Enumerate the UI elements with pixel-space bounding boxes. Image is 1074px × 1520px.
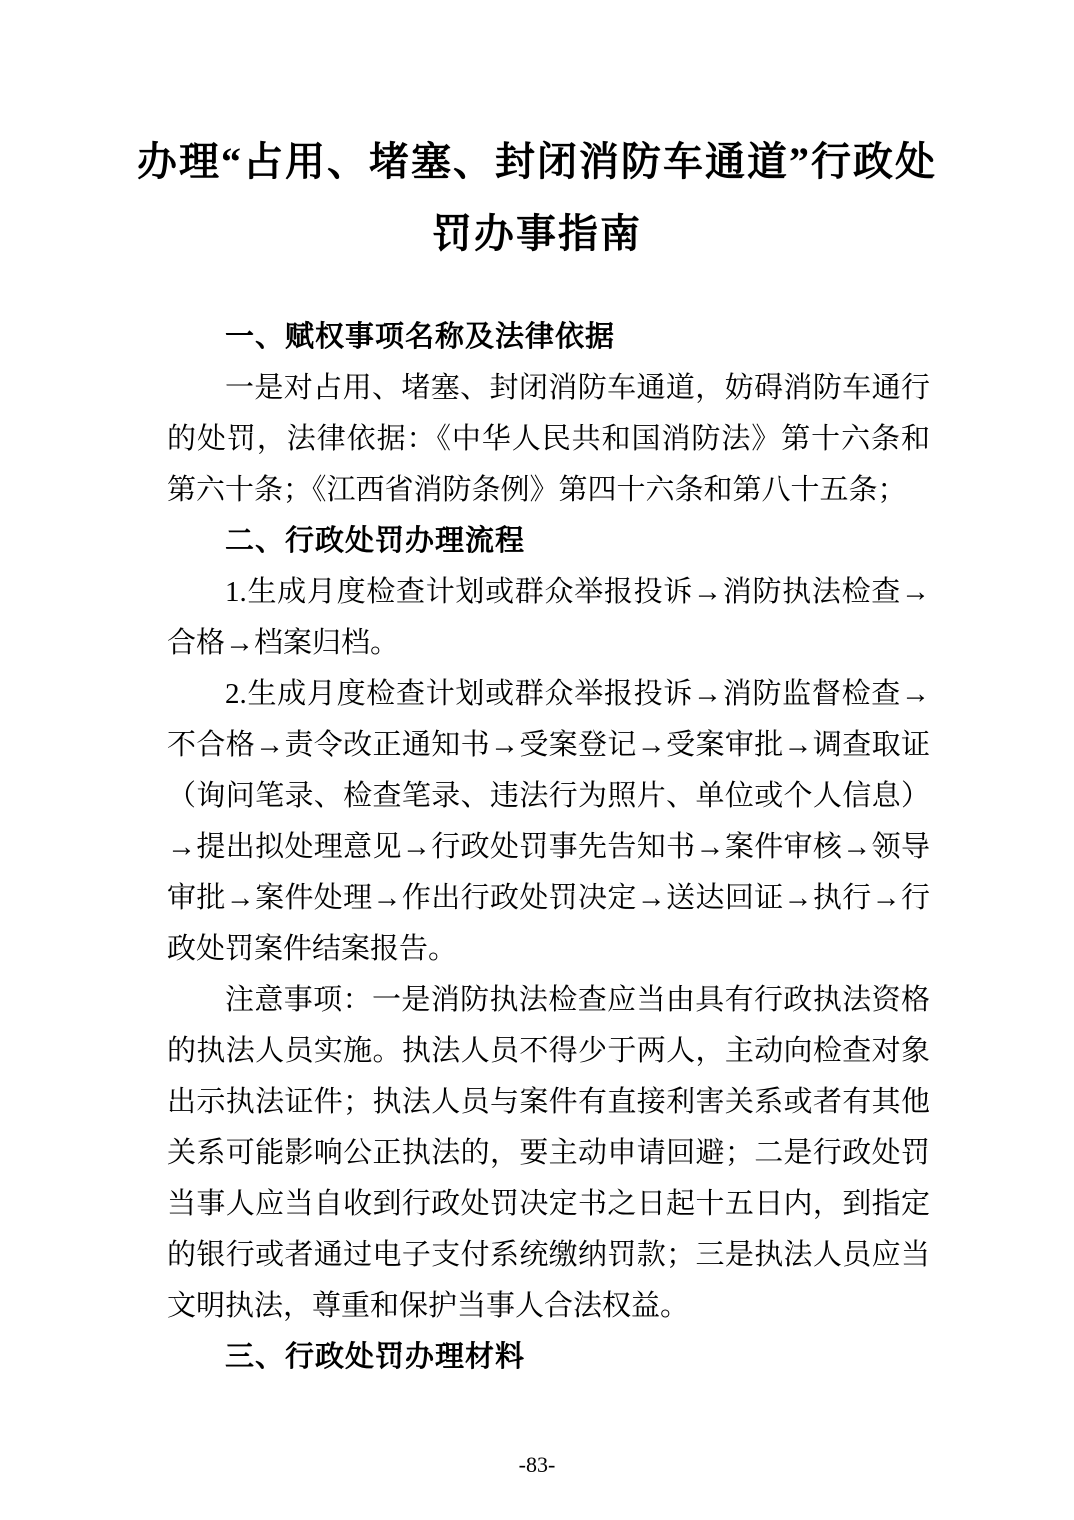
page-number: -83-	[519, 1452, 556, 1477]
section-heading-materials: 三、行政处罚办理材料	[167, 1332, 930, 1383]
page-title-line-1: 办理“占用、堵塞、封闭消防车通道”行政处	[0, 126, 1074, 198]
section-heading-process: 二、行政处罚办理流程	[167, 516, 930, 567]
paragraph-process-step-2: 2.生成月度检查计划或群众举报投诉→消防监督检查→不合格→责令改正通知书→受案登…	[167, 669, 930, 975]
page-title: 办理“占用、堵塞、封闭消防车通道”行政处 罚办事指南	[0, 0, 1074, 270]
document-page: 办理“占用、堵塞、封闭消防车通道”行政处 罚办事指南 一、赋权事项名称及法律依据…	[0, 0, 1074, 1520]
section-heading-legal-basis: 一、赋权事项名称及法律依据	[167, 312, 930, 363]
page-footer: -83-	[0, 1452, 1074, 1478]
paragraph-process-step-1: 1.生成月度检查计划或群众举报投诉→消防执法检查→合格→档案归档。	[167, 567, 930, 669]
page-title-line-2: 罚办事指南	[0, 198, 1074, 270]
document-body: 一、赋权事项名称及法律依据 一是对占用、堵塞、封闭消防车通道，妨碍消防车通行的处…	[167, 312, 930, 1383]
paragraph-legal-basis: 一是对占用、堵塞、封闭消防车通道，妨碍消防车通行的处罚，法律依据：《中华人民共和…	[167, 363, 930, 516]
paragraph-notes: 注意事项：一是消防执法检查应当由具有行政执法资格的执法人员实施。执法人员不得少于…	[167, 975, 930, 1332]
